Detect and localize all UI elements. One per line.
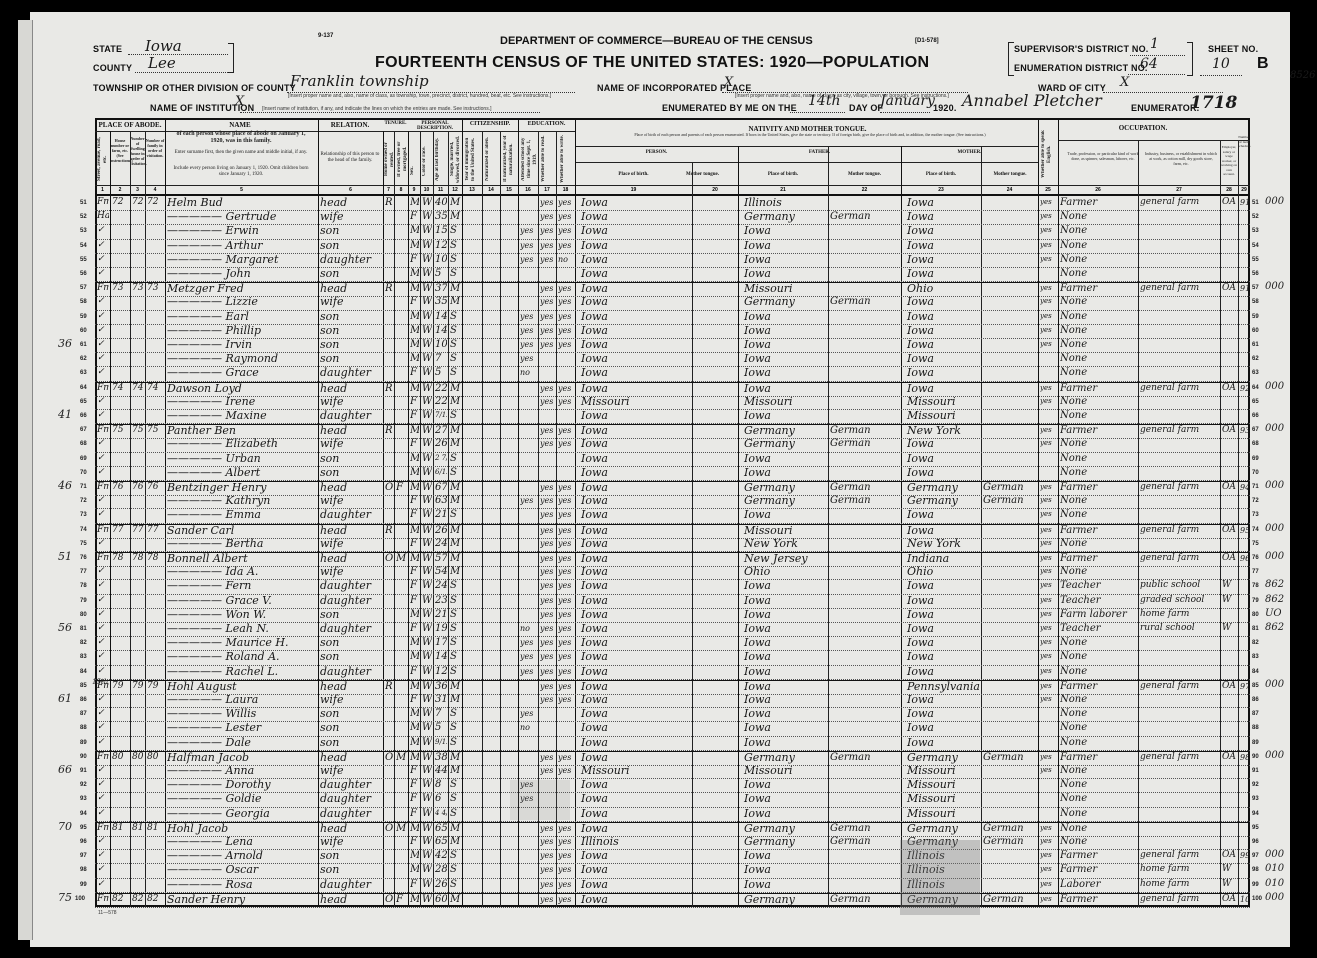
line-number: 94 xyxy=(1252,811,1259,817)
header-divider xyxy=(575,146,1038,147)
age-cell: 22 xyxy=(435,382,447,395)
father-tongue-cell: German xyxy=(830,494,900,507)
race-cell: W xyxy=(422,736,432,749)
age-cell: 6/12 xyxy=(435,466,447,479)
age-cell: 15 xyxy=(435,224,447,237)
occupation-cell: Farmer xyxy=(1060,849,1137,862)
street-cell: ✓ xyxy=(97,452,109,465)
attended-school-cell: yes xyxy=(520,665,537,678)
table-row: ✓————— LestersonMW5SnoIowaIowaIowaNone xyxy=(95,722,1250,736)
can-write-cell: no xyxy=(558,253,574,266)
family-number-cell: 79 xyxy=(147,680,164,693)
street-cell: ✓ xyxy=(97,437,109,450)
column-number: 20 xyxy=(692,187,738,193)
occupation-cell: None xyxy=(1060,452,1137,465)
coding-note: 000 xyxy=(1265,551,1284,562)
line-number: 81 xyxy=(80,626,87,632)
margin-annotation: 36 xyxy=(58,337,72,350)
street-cell: Fm xyxy=(97,751,109,764)
table-row: ✓————— Maurice H.sonMW17SyesyesyesIowaIo… xyxy=(95,637,1250,651)
father-birthplace-cell: Iowa xyxy=(740,267,831,280)
father-birthplace-cell: Iowa xyxy=(740,665,831,678)
col-immigration-header: Year of immigration to the United States… xyxy=(465,135,477,183)
can-write-cell: yes xyxy=(558,437,574,450)
line-number: 89 xyxy=(1252,740,1259,746)
relation-cell: son xyxy=(320,736,382,749)
race-cell: W xyxy=(422,878,432,891)
relation-cell: daughter xyxy=(320,622,382,635)
person-name-cell: ————— Rachel L. xyxy=(167,665,317,678)
speaks-english-cell: yes xyxy=(1040,210,1057,223)
can-write-cell: yes xyxy=(558,338,574,351)
age-cell: 10 xyxy=(435,338,447,351)
father-tongue-cell: German xyxy=(830,751,900,764)
col-write-header: Whether able to write. xyxy=(560,135,570,183)
home-owned-cell: R xyxy=(385,524,393,537)
street-cell: ✓ xyxy=(97,778,109,791)
industry-cell: home farm xyxy=(1140,608,1219,621)
speaks-english-cell: yes xyxy=(1040,310,1057,323)
relation-cell: head xyxy=(320,680,382,693)
line-number: 96 xyxy=(1252,839,1259,845)
relation-cell: head xyxy=(320,751,382,764)
column-number: 2 xyxy=(110,187,130,193)
father-birthplace-cell: Iowa xyxy=(740,636,831,649)
sex-cell: M xyxy=(410,863,419,876)
occupation-cell: None xyxy=(1060,409,1137,422)
line-number: 57 xyxy=(80,285,87,291)
coding-note: 862 xyxy=(1265,579,1284,590)
can-read-cell: yes xyxy=(540,650,555,663)
occupation-cell: None xyxy=(1060,324,1137,337)
line-number: 68 xyxy=(1252,441,1259,447)
family-number-cell: 72 xyxy=(147,196,164,209)
dwelling-number-cell: 76 xyxy=(132,481,144,494)
coding-note: 000 xyxy=(1265,196,1284,207)
corner-note-2: 1718 xyxy=(1190,93,1237,113)
person-name-cell: Sander Henry xyxy=(167,893,317,906)
coding-note: 000 xyxy=(1265,523,1284,534)
line-number: 99 xyxy=(80,882,87,888)
street-cell: ✓ xyxy=(97,636,109,649)
coding-note: 000 xyxy=(1265,750,1284,761)
can-write-cell: yes xyxy=(558,481,574,494)
col-naturalized-header: Naturalized or alien. xyxy=(485,135,495,183)
mother-birthplace-cell: Missouri xyxy=(903,395,984,408)
line-number: 68 xyxy=(80,441,87,447)
line-number: 59 xyxy=(80,314,87,320)
line-number: 67 xyxy=(80,427,87,433)
birthplace-cell: Iowa xyxy=(577,751,695,764)
farm-schedule-cell: 94 xyxy=(1240,481,1249,494)
can-read-cell: yes xyxy=(540,680,555,693)
can-write-cell: yes xyxy=(558,210,574,223)
birthplace-cell: Iowa xyxy=(577,650,695,663)
marital-status-cell: S xyxy=(450,239,461,252)
father-birthplace-cell: Missouri xyxy=(740,764,831,777)
speaks-english-cell: yes xyxy=(1040,579,1057,592)
street-cell: ✓ xyxy=(97,310,109,323)
speaks-english-cell: yes xyxy=(1040,863,1057,876)
sheet-no: 10 xyxy=(1212,56,1230,72)
father-birthplace-cell: Missouri xyxy=(740,395,831,408)
sex-cell: M xyxy=(410,452,419,465)
age-cell: 5 xyxy=(435,366,447,379)
father-tongue-cell: German xyxy=(830,210,900,223)
person-name-cell: ————— Erwin xyxy=(167,224,317,237)
street-cell: ✓ xyxy=(97,409,109,422)
person-name-cell: ————— John xyxy=(167,267,317,280)
father-birthplace-cell: Iowa xyxy=(740,608,831,621)
group-education: EDUCATION. xyxy=(518,121,575,127)
line-number: 64 xyxy=(1252,385,1259,391)
township-label: TOWNSHIP OR OTHER DIVISION OF COUNTY xyxy=(93,83,296,93)
speaks-english-cell: yes xyxy=(1040,622,1057,635)
father-tongue-cell: German xyxy=(830,822,900,835)
mother-tongue-cell: German xyxy=(983,751,1037,764)
line-number: 61 xyxy=(1252,342,1259,348)
father-birthplace-cell: Illinois xyxy=(740,196,831,209)
birthplace-cell: Iowa xyxy=(577,352,695,365)
street-cell: ✓ xyxy=(97,594,109,607)
street-cell: ✓ xyxy=(97,608,109,621)
marital-status-cell: M xyxy=(450,424,461,437)
line-number: 84 xyxy=(80,669,87,675)
race-cell: W xyxy=(422,764,432,777)
can-write-cell: yes xyxy=(558,508,574,521)
birthplace-cell: Iowa xyxy=(577,338,695,351)
line-number: 86 xyxy=(1252,697,1259,703)
line-number: 83 xyxy=(80,654,87,660)
mother-birthplace-cell: Iowa xyxy=(903,693,984,706)
family-number-cell: 75 xyxy=(147,424,164,437)
line-number: 65 xyxy=(1252,399,1259,405)
line-number: 88 xyxy=(1252,725,1259,731)
race-cell: W xyxy=(422,437,432,450)
can-write-cell: yes xyxy=(558,282,574,295)
occupation-cell: None xyxy=(1060,693,1137,706)
industry-cell: general farm xyxy=(1140,424,1219,437)
father-birthplace-cell: Germany xyxy=(740,481,831,494)
mother-birthplace-cell: Iowa xyxy=(903,665,984,678)
race-cell: W xyxy=(422,751,432,764)
farm-schedule-cell: 91 xyxy=(1240,282,1249,295)
column-number: 23 xyxy=(901,187,981,193)
street-cell: ✓ xyxy=(97,352,109,365)
mother-birthplace-cell: Iowa xyxy=(903,366,984,379)
marital-status-cell: M xyxy=(450,764,461,777)
relation-cell: daughter xyxy=(320,409,382,422)
line-number: 52 xyxy=(80,214,87,220)
corner-note-1: 8526 xyxy=(1290,70,1315,81)
person-name-cell: ————— Rosa xyxy=(167,878,317,891)
line-number: 96 xyxy=(80,839,87,845)
margin-annotation: 51 xyxy=(58,550,72,563)
home-owned-cell: O xyxy=(385,552,393,565)
age-cell: 24 xyxy=(435,537,447,550)
birthplace-cell: Iowa xyxy=(577,736,695,749)
line-number: 100 xyxy=(1252,896,1262,902)
occupation-cell: Farmer xyxy=(1060,196,1137,209)
line-number: 70 xyxy=(80,470,87,476)
can-read-cell: yes xyxy=(540,636,555,649)
relation-cell: wife xyxy=(320,437,382,450)
speaks-english-cell: yes xyxy=(1040,424,1057,437)
occupation-cell: None xyxy=(1060,565,1137,578)
industry-cell: general farm xyxy=(1140,524,1219,537)
marital-status-cell: S xyxy=(450,508,461,521)
father-tongue-cell: German xyxy=(830,437,900,450)
mother-birthplace-cell: Germany xyxy=(903,494,984,507)
township-hint: [Insert proper name and, also, name of c… xyxy=(288,93,551,99)
dwelling-number-cell: 82 xyxy=(132,893,144,906)
age-cell: 42 xyxy=(435,849,447,862)
table-row: ✓————— RaymondsonMW7SyesIowaIowaIowaNone xyxy=(95,353,1250,367)
can-read-cell: yes xyxy=(540,863,555,876)
worker-class-cell: OA xyxy=(1222,680,1237,693)
father-birthplace-cell: Germany xyxy=(740,437,831,450)
worker-class-cell: OA xyxy=(1222,382,1237,395)
relation-cell: daughter xyxy=(320,778,382,791)
dwelling-number-cell: 77 xyxy=(132,524,144,537)
coding-note: 000 xyxy=(1265,480,1284,491)
street-cell: ✓ xyxy=(97,537,109,550)
occupation-cell: Farmer xyxy=(1060,481,1137,494)
line-number: 58 xyxy=(1252,299,1259,305)
person-name-cell: ————— Elizabeth xyxy=(167,437,317,450)
birthplace-cell: Iowa xyxy=(577,295,695,308)
enumeration-no: 64 xyxy=(1140,56,1158,72)
sex-cell: M xyxy=(410,524,419,537)
line-number: 71 xyxy=(1252,484,1259,490)
birthplace-cell: Iowa xyxy=(577,267,695,280)
can-write-cell: yes xyxy=(558,835,574,848)
line-number: 60 xyxy=(1252,328,1259,334)
father-birthplace-cell: Iowa xyxy=(740,622,831,635)
person-name-cell: ————— Laura xyxy=(167,693,317,706)
mother-birthplace-cell: Ohio xyxy=(903,282,984,295)
line-number: 79 xyxy=(1252,598,1259,604)
occupation-cell: None xyxy=(1060,721,1137,734)
line-number: 76 xyxy=(1252,555,1259,561)
person-name-cell: Sander Carl xyxy=(167,524,317,537)
farm-schedule-header: Number of farm schedule. xyxy=(1238,135,1250,149)
mother-birthplace-cell: Missouri xyxy=(903,778,984,791)
speaks-english-cell: yes xyxy=(1040,835,1057,848)
marital-status-cell: S xyxy=(450,736,461,749)
occupation-cell: Farmer xyxy=(1060,680,1137,693)
home-owned-cell: R xyxy=(385,680,393,693)
birthplace-cell: Iowa xyxy=(577,196,695,209)
birthplace-cell: Iowa xyxy=(577,565,695,578)
mother-birthplace-cell: Iowa xyxy=(903,295,984,308)
marital-status-cell: M xyxy=(450,693,461,706)
age-cell: 23 xyxy=(435,594,447,607)
person-name-cell: ————— Arthur xyxy=(167,239,317,252)
mortgage-cell: F xyxy=(396,481,407,494)
relation-cell: daughter xyxy=(320,366,382,379)
sex-cell: M xyxy=(410,310,419,323)
speaks-english-cell: yes xyxy=(1040,665,1057,678)
can-write-cell: yes xyxy=(558,310,574,323)
birthplace-cell: Iowa xyxy=(577,693,695,706)
column-number: 28 xyxy=(1220,187,1238,193)
column-number: 22 xyxy=(828,187,901,193)
house-number-cell: 79 xyxy=(112,680,129,693)
line-number: 60 xyxy=(80,328,87,334)
line-number: 62 xyxy=(1252,356,1259,362)
street-cell: ✓ xyxy=(97,665,109,678)
can-write-cell: yes xyxy=(558,579,574,592)
group-occupation: OCCUPATION. xyxy=(1058,124,1228,132)
relation-cell: head xyxy=(320,822,382,835)
line-number: 54 xyxy=(80,243,87,249)
person-name-cell: ————— Raymond xyxy=(167,352,317,365)
sex-cell: M xyxy=(410,893,419,906)
can-read-cell: yes xyxy=(540,196,555,209)
table-row: ✓————— LaurawifeFW31MyesyesIowaIowaIoway… xyxy=(95,694,1250,708)
paper-stain xyxy=(900,840,980,915)
industry-cell: rural school xyxy=(1140,622,1219,635)
house-number-cell: 77 xyxy=(112,524,129,537)
street-cell: ✓ xyxy=(97,878,109,891)
age-cell: 35 xyxy=(435,295,447,308)
speaks-english-cell: yes xyxy=(1040,650,1057,663)
birthplace-cell: Iowa xyxy=(577,452,695,465)
mother-tongue-cell: German xyxy=(983,835,1037,848)
line-number: 76 xyxy=(80,555,87,561)
mother-birthplace-cell: Missouri xyxy=(903,807,984,820)
marital-status-cell: S xyxy=(450,324,461,337)
line-number: 61 xyxy=(80,342,87,348)
col-sex-header: Sex. xyxy=(410,160,418,182)
can-read-cell: yes xyxy=(540,395,555,408)
relation-cell: son xyxy=(320,452,382,465)
line-number: 74 xyxy=(80,527,87,533)
can-read-cell: yes xyxy=(540,822,555,835)
street-cell: ✓ xyxy=(97,338,109,351)
person-name-cell: ————— Urban xyxy=(167,452,317,465)
line-number: 87 xyxy=(80,711,87,717)
father-birthplace-cell: Iowa xyxy=(740,508,831,521)
occupation-cell: None xyxy=(1060,778,1137,791)
street-cell: ✓ xyxy=(97,267,109,280)
line-number: 72 xyxy=(1252,498,1259,504)
father-birthplace-cell: Iowa xyxy=(740,878,831,891)
sex-cell: M xyxy=(410,267,419,280)
column-number: 15 xyxy=(500,187,518,193)
marital-status-cell: M xyxy=(450,537,461,550)
can-write-cell: yes xyxy=(558,650,574,663)
mother-birthplace-cell: Germany xyxy=(903,751,984,764)
marital-status-cell: S xyxy=(450,579,461,592)
line-number: 79 xyxy=(80,598,87,604)
column-number: 27 xyxy=(1138,187,1220,193)
occupation-cell: None xyxy=(1060,650,1137,663)
relation-cell: wife xyxy=(320,494,382,507)
age-cell: 26 xyxy=(435,437,447,450)
father-place-of-birth: Place of birth. xyxy=(738,172,828,177)
relation-cell: son xyxy=(320,267,382,280)
line-number: 70 xyxy=(1252,470,1259,476)
sex-cell: F xyxy=(410,565,419,578)
speaks-english-cell: yes xyxy=(1040,481,1057,494)
race-cell: W xyxy=(422,693,432,706)
sex-cell: M xyxy=(410,721,419,734)
street-cell: Fm xyxy=(97,424,109,437)
occupation-cell: None xyxy=(1060,764,1137,777)
column-number: 1 xyxy=(95,187,110,193)
speaks-english-cell: yes xyxy=(1040,494,1057,507)
table-row: ✓————— DorothydaughterFW8SyesIowaIowaMis… xyxy=(95,779,1250,793)
table-row: Fm828282Sander HenryheadOFMW60MyesyesIow… xyxy=(95,893,1250,908)
worker-class-cell: OA xyxy=(1222,751,1237,764)
age-cell: 4 4/12 xyxy=(435,807,447,820)
relation-cell: son xyxy=(320,310,382,323)
house-number-cell: 73 xyxy=(112,282,129,295)
home-owned-cell: O xyxy=(385,893,393,906)
bottom-form-code: 11—578 xyxy=(98,910,117,916)
col-naturalization-year-header: If naturalized, year of naturalization. xyxy=(503,135,515,183)
can-read-cell: yes xyxy=(540,693,555,706)
marital-status-cell: S xyxy=(450,452,461,465)
header-divider xyxy=(95,131,575,132)
age-cell: 54 xyxy=(435,565,447,578)
line-number: 53 xyxy=(1252,228,1259,234)
line-number: 81 xyxy=(1252,626,1259,632)
age-cell: 10 xyxy=(435,253,447,266)
age-cell: 27 xyxy=(435,424,447,437)
sex-cell: F xyxy=(410,253,419,266)
street-cell: ✓ xyxy=(97,835,109,848)
speaks-english-cell: yes xyxy=(1040,253,1057,266)
table-row: ✓————— KathrynwifeFW63MyesyesyesIowaGerm… xyxy=(95,495,1250,509)
dwelling-number-cell: 74 xyxy=(132,382,144,395)
speaks-english-cell: yes xyxy=(1040,822,1057,835)
street-cell: ✓ xyxy=(97,324,109,337)
street-cell: ✓ xyxy=(97,650,109,663)
can-read-cell: yes xyxy=(540,324,555,337)
group-tenure: TENURE. xyxy=(383,121,408,126)
father-birthplace-cell: Iowa xyxy=(740,792,831,805)
attended-school-cell: yes xyxy=(520,253,537,266)
occupation-cell: Farm laborer xyxy=(1060,608,1137,621)
person-name-cell: ————— Leah N. xyxy=(167,622,317,635)
speaks-english-cell: yes xyxy=(1040,893,1057,906)
street-cell: ✓ xyxy=(97,707,109,720)
table-row: ✓————— GoldiedaughterFW6SyesIowaIowaMiss… xyxy=(95,793,1250,807)
line-number: 58 xyxy=(80,299,87,305)
house-number-cell: 80 xyxy=(112,751,129,764)
mother-birthplace-cell: Iowa xyxy=(903,608,984,621)
table-row: ✓————— OscarsonMW28SyesyesIowaIowaIllino… xyxy=(95,864,1250,878)
col-english-header: Whether able to speak English. xyxy=(1041,125,1051,183)
occupation-cell: Farmer xyxy=(1060,382,1137,395)
line-number: 86 xyxy=(80,697,87,703)
can-read-cell: yes xyxy=(540,665,555,678)
line-number: 97 xyxy=(80,853,87,859)
occupation-cell: Farmer xyxy=(1060,751,1137,764)
age-cell: 38 xyxy=(435,751,447,764)
attended-school-cell: yes xyxy=(520,324,537,337)
table-row: ✓————— Roland A.sonMW14SyesyesyesIowaIow… xyxy=(95,651,1250,665)
mother-birthplace-cell: Iowa xyxy=(903,324,984,337)
marital-status-cell: S xyxy=(450,807,461,820)
column-number: 16 xyxy=(518,187,538,193)
street-cell: ✓ xyxy=(97,239,109,252)
mother-birthplace-cell: Iowa xyxy=(903,224,984,237)
home-owned-cell: R xyxy=(385,382,393,395)
